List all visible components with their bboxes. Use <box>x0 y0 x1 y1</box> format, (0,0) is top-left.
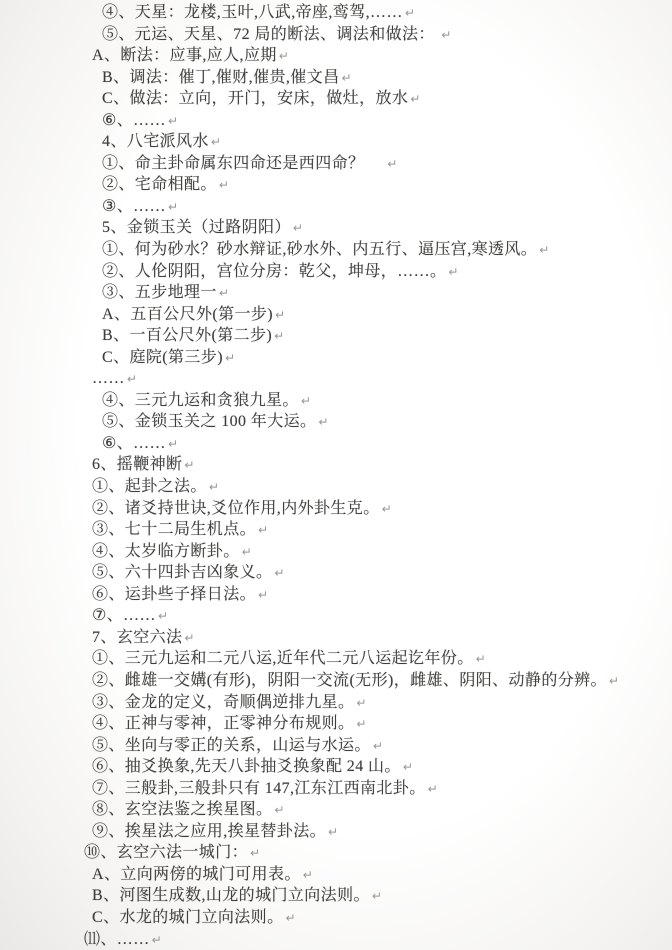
text-line: ⑤、六十四卦吉凶象义。↵ <box>92 562 664 584</box>
line-text: ⑨、挨星法之应用,挨星替卦法。 <box>92 823 326 840</box>
line-text: C、水龙的城门立向法则。 <box>92 909 283 926</box>
paragraph-return-icon: ↵ <box>225 351 235 365</box>
text-line: ⑧、玄空法鉴之挨星图。↵ <box>92 799 664 821</box>
line-text: ②、人伦阴阳，宫位分房：乾父，坤母，……。 <box>102 263 446 280</box>
line-text: ③、五步地理一 <box>102 284 217 301</box>
line-text: B、一百公尺外(第二步) <box>102 327 272 344</box>
text-line: ⑤、元运、天星、72 局的断法、调法和做法： ↵ <box>102 24 664 46</box>
line-text: ⑤、金锁玉关之 100 年大运。 <box>102 413 316 430</box>
text-line: ③、五步地理一↵ <box>102 282 664 304</box>
text-line: ⑥、……↵ <box>102 110 664 132</box>
text-line: A、五百公尺外(第一步)↵ <box>102 304 664 326</box>
paragraph-return-icon: ↵ <box>168 200 178 214</box>
line-text: ②、雌雄一交媾(有形)，阴阳一交流(无形)，雌雄、阴阳、动静的分辨。 <box>92 672 607 689</box>
line-text: ①、三元九运和二元八运,近年代二元八运起讫年份。 <box>92 650 474 667</box>
line-text: ⑦、…… <box>92 607 156 624</box>
line-text: ①、何为砂水？砂水辩证,砂水外、内五行、逼压宫,寒透风。 <box>102 241 537 258</box>
paragraph-return-icon: ↵ <box>219 286 229 300</box>
paragraph-return-icon: ↵ <box>609 674 619 688</box>
line-text: ④、天星：龙楼,玉叶,八武,帝座,鸾驾,…… <box>102 4 403 21</box>
text-line: ③、……↵ <box>102 196 664 218</box>
line-text: 6、摇鞭神断 <box>92 456 182 473</box>
paragraph-return-icon: ↵ <box>184 631 194 645</box>
text-line: 5、金锁玉关（过路阴阳）↵ <box>102 217 664 239</box>
paragraph-return-icon: ↵ <box>285 911 295 925</box>
line-text: 5、金锁玉关（过路阴阳） <box>102 219 291 236</box>
text-line: ⑥、……↵ <box>102 433 664 455</box>
paragraph-return-icon: ↵ <box>405 6 415 20</box>
paragraph-return-icon: ↵ <box>293 221 303 235</box>
text-line: ⑾、……↵ <box>84 929 664 950</box>
line-text: C、庭院(第三步) <box>102 349 223 366</box>
text-line: B、河图生成数,山龙的城门立向法则。↵ <box>92 885 664 907</box>
paragraph-return-icon: ↵ <box>356 717 366 731</box>
text-line: ④、三元九运和贪狼九星。↵ <box>102 390 664 412</box>
line-text: ②、诸爻持世诀,爻位作用,内外卦生克。 <box>92 500 380 517</box>
line-text: ⑦、三般卦,三般卦只有 147,江东江西南北卦。 <box>92 780 426 797</box>
line-text: ⑥、…… <box>102 435 166 452</box>
text-line: ①、三元九运和二元八运,近年代二元八运起讫年份。↵ <box>92 648 664 670</box>
line-text: 7、玄空六法 <box>92 629 182 646</box>
paragraph-return-icon: ↵ <box>341 71 351 85</box>
paragraph-return-icon: ↵ <box>250 846 260 860</box>
line-text: ⑧、玄空法鉴之挨星图。 <box>92 801 272 818</box>
paragraph-return-icon: ↵ <box>168 114 178 128</box>
text-line: ④、天星：龙楼,玉叶,八武,帝座,鸾驾,……↵ <box>102 2 664 24</box>
text-line: ⑥、运卦些子择日法。↵ <box>92 584 664 606</box>
line-text: ⑩、玄空六法一城门： <box>84 844 248 861</box>
line-text: 4、八宅派风水 <box>102 133 209 150</box>
document-body: ④、天星：龙楼,玉叶,八武,帝座,鸾驾,……↵⑤、元运、天星、72 局的断法、调… <box>84 2 664 950</box>
paragraph-return-icon: ↵ <box>476 652 486 666</box>
line-text: B、调法：催丁,催财,催贵,催文昌 <box>102 69 339 86</box>
text-line: ⑤、金锁玉关之 100 年大运。↵ <box>102 411 664 433</box>
paragraph-return-icon: ↵ <box>168 437 178 451</box>
paragraph-return-icon: ↵ <box>274 566 284 580</box>
line-text: ③、金龙的定义，奇顺偶逆排九星。 <box>92 694 354 711</box>
text-line: A、立向两傍的城门可用表。↵ <box>92 864 664 886</box>
text-line: 4、八宅派风水↵ <box>102 131 664 153</box>
text-line: ④、正神与零神，正零神分布规则。↵ <box>92 713 664 735</box>
line-text: ④、太岁临方断卦。 <box>92 543 240 560</box>
paragraph-return-icon: ↵ <box>372 889 382 903</box>
text-line: ⑤、坐向与零正的关系，山运与水运。↵ <box>92 735 664 757</box>
paragraph-return-icon: ↵ <box>303 868 313 882</box>
line-text: ③、…… <box>102 198 166 215</box>
text-line: B、调法：催丁,催财,催贵,催文昌↵ <box>102 67 664 89</box>
text-line: 7、玄空六法↵ <box>92 627 664 649</box>
paragraph-return-icon: ↵ <box>382 502 392 516</box>
paragraph-return-icon: ↵ <box>410 92 420 106</box>
text-line: ③、七十二局生机点。↵ <box>92 519 664 541</box>
paragraph-return-icon: ↵ <box>152 933 162 947</box>
paragraph-return-icon: ↵ <box>279 49 289 63</box>
text-line: C、水龙的城门立向法则。↵ <box>92 907 664 929</box>
paragraph-return-icon: ↵ <box>184 458 194 472</box>
paragraph-return-icon: ↵ <box>539 243 549 257</box>
line-text: ③、七十二局生机点。 <box>92 521 256 538</box>
text-line: ①、起卦之法。↵ <box>92 476 664 498</box>
line-text: A、五百公尺外(第一步) <box>102 306 273 323</box>
paragraph-return-icon: ↵ <box>448 265 458 279</box>
line-text: ⑤、坐向与零正的关系，山运与水运。 <box>92 737 371 754</box>
scanned-document-page: ④、天星：龙楼,玉叶,八武,帝座,鸾驾,……↵⑤、元运、天星、72 局的断法、调… <box>0 0 672 950</box>
line-text: ⑾、…… <box>84 931 150 948</box>
paragraph-return-icon: ↵ <box>274 329 284 343</box>
text-line: ③、金龙的定义，奇顺偶逆排九星。↵ <box>92 692 664 714</box>
line-text: ⑥、运卦些子择日法。 <box>92 586 256 603</box>
paragraph-return-icon: ↵ <box>387 157 397 171</box>
text-line: C、庭院(第三步)↵ <box>102 347 664 369</box>
paragraph-return-icon: ↵ <box>219 178 229 192</box>
line-text: …… <box>92 370 125 387</box>
paragraph-return-icon: ↵ <box>211 135 221 149</box>
text-line: A、断法：应事,应人,应期↵ <box>92 45 664 67</box>
text-line: ⑩、玄空六法一城门：↵ <box>84 842 664 864</box>
text-line: ②、雌雄一交媾(有形)，阴阳一交流(无形)，雌雄、阴阳、动静的分辨。↵ <box>92 670 664 692</box>
text-line: ②、宅命相配。↵ <box>102 174 664 196</box>
line-text: ⑤、六十四卦吉凶象义。 <box>92 564 272 581</box>
line-text: ⑥、抽爻换象,先天八卦抽爻换象配 24 山。 <box>92 758 401 775</box>
paragraph-return-icon: ↵ <box>258 588 268 602</box>
line-text: ④、正神与零神，正零神分布规则。 <box>92 715 354 732</box>
line-text: ①、起卦之法。 <box>92 478 207 495</box>
text-line: ②、诸爻持世诀,爻位作用,内外卦生克。↵ <box>92 498 664 520</box>
paragraph-return-icon: ↵ <box>403 760 413 774</box>
line-text: ④、三元九运和贪狼九星。 <box>102 392 299 409</box>
line-text: ①、命主卦命属东四命还是西四命？ <box>102 155 385 172</box>
text-line: B、一百公尺外(第二步)↵ <box>102 325 664 347</box>
paragraph-return-icon: ↵ <box>209 480 219 494</box>
paragraph-return-icon: ↵ <box>242 545 252 559</box>
paragraph-return-icon: ↵ <box>275 308 285 322</box>
text-line: ⑨、挨星法之应用,挨星替卦法。↵ <box>92 821 664 843</box>
text-line: ⑥、抽爻换象,先天八卦抽爻换象配 24 山。↵ <box>92 756 664 778</box>
paragraph-return-icon: ↵ <box>356 696 366 710</box>
paragraph-return-icon: ↵ <box>301 394 311 408</box>
line-text: ②、宅命相配。 <box>102 176 217 193</box>
line-text: C、做法：立向，开门，安床，做灶，放水 <box>102 90 408 107</box>
paragraph-return-icon: ↵ <box>318 415 328 429</box>
text-line: ①、命主卦命属东四命还是西四命？ ↵ <box>102 153 664 175</box>
line-text: A、立向两傍的城门可用表。 <box>92 866 301 883</box>
paragraph-return-icon: ↵ <box>258 523 268 537</box>
line-text: A、断法：应事,应人,应期 <box>92 47 277 64</box>
text-line: ⑦、三般卦,三般卦只有 147,江东江西南北卦。↵ <box>92 778 664 800</box>
text-line: ①、何为砂水？砂水辩证,砂水外、内五行、逼压宫,寒透风。↵ <box>102 239 664 261</box>
line-text: B、河图生成数,山龙的城门立向法则。 <box>92 887 370 904</box>
paragraph-return-icon: ↵ <box>127 372 137 386</box>
paragraph-return-icon: ↵ <box>373 739 383 753</box>
text-line: 6、摇鞭神断↵ <box>92 454 664 476</box>
paragraph-return-icon: ↵ <box>328 825 338 839</box>
text-line: ④、太岁临方断卦。↵ <box>92 541 664 563</box>
line-text: ⑥、…… <box>102 112 166 129</box>
paragraph-return-icon: ↵ <box>428 782 438 796</box>
paragraph-return-icon: ↵ <box>158 609 168 623</box>
line-text: ⑤、元运、天星、72 局的断法、调法和做法： <box>102 26 439 43</box>
text-line: ……↵ <box>92 368 664 390</box>
text-line: ⑦、……↵ <box>92 605 664 627</box>
text-line: C、做法：立向，开门，安床，做灶，放水↵ <box>102 88 664 110</box>
paragraph-return-icon: ↵ <box>441 28 451 42</box>
text-line: ②、人伦阴阳，宫位分房：乾父，坤母，……。↵ <box>102 261 664 283</box>
paragraph-return-icon: ↵ <box>274 803 284 817</box>
